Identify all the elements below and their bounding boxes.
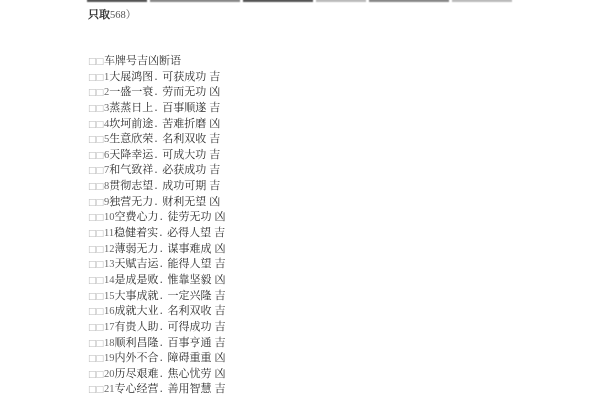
item-phrase-1: 贯彻志望 [109, 179, 153, 192]
item-number: 17 [104, 322, 115, 333]
item-verdict: 吉 [215, 336, 226, 349]
item-separator: . [154, 101, 161, 114]
item-number: 12 [104, 244, 115, 255]
list-heading: □□车牌号吉凶断语 [88, 53, 226, 69]
placeholder-box-glyphs: □□ [88, 73, 103, 83]
item-verdict: 凶 [215, 273, 226, 286]
item-phrase-2: 名利双收 [168, 304, 212, 317]
item-phrase-1: 有贵人助 [115, 320, 159, 333]
item-verdict: 吉 [209, 148, 220, 161]
cut-off-text-line [87, 0, 517, 3]
item-verdict: 吉 [215, 289, 226, 302]
item-phrase-2: 可得成功 [168, 320, 212, 333]
item-phrase-1: 独营无力 [109, 195, 153, 208]
illegible-text-fragment [316, 0, 366, 2]
placeholder-box-glyphs: □□ [88, 307, 103, 317]
item-verdict: 吉 [215, 320, 226, 333]
list-item: □□1大展鸿图. 可获成功吉 [88, 69, 226, 85]
item-verdict: 凶 [209, 85, 220, 98]
item-phrase-1: 内外不合 [115, 351, 159, 364]
item-separator: . [160, 210, 167, 223]
top-note-line: 只取568） [88, 8, 136, 23]
item-phrase-2: 苦难折磨 [162, 117, 206, 130]
placeholder-box-glyphs: □□ [88, 292, 103, 302]
item-phrase-1: 稳健着实 [114, 226, 158, 239]
placeholder-box-glyphs: □□ [88, 245, 103, 255]
item-number: 13 [104, 259, 115, 270]
illegible-text-fragment [150, 0, 240, 2]
item-phrase-2: 百事顺遂 [162, 101, 206, 114]
item-phrase-1: 薄弱无力 [115, 242, 159, 255]
item-phrase-2: 百事亨通 [168, 336, 212, 349]
item-phrase-2: 一定兴隆 [168, 289, 212, 302]
placeholder-box-glyphs: □□ [88, 276, 103, 286]
illegible-text-fragment [87, 0, 147, 2]
item-verdict: 吉 [215, 257, 226, 270]
item-phrase-2: 障碍重重 [168, 351, 212, 364]
item-number: 19 [104, 353, 115, 364]
item-number: 16 [104, 306, 115, 317]
placeholder-box-glyphs: □□ [88, 120, 103, 130]
top-note-prefix: 只取 [88, 8, 110, 21]
item-separator: . [160, 242, 167, 255]
item-number: 18 [104, 338, 115, 349]
placeholder-box-glyphs: □□ [88, 151, 103, 161]
item-phrase-1: 空费心力 [115, 210, 159, 223]
list-item: □□6天降幸运. 可成大功吉 [88, 147, 226, 163]
item-phrase-2: 劳而无功 [162, 85, 206, 98]
placeholder-box-glyphs: □□ [88, 323, 103, 333]
item-phrase-1: 天降幸运 [109, 148, 153, 161]
item-verdict: 吉 [214, 226, 225, 239]
item-separator: . [159, 226, 166, 239]
item-number: 15 [104, 291, 115, 302]
list-item: □□19内外不合. 障碍重重凶 [88, 350, 226, 366]
placeholder-box-glyphs: □□ [88, 57, 103, 67]
placeholder-box-glyphs: □□ [88, 339, 103, 349]
item-separator: . [154, 85, 161, 98]
placeholder-box-glyphs: □□ [88, 104, 103, 114]
item-phrase-1: 大事成就 [115, 289, 159, 302]
illegible-text-fragment [452, 0, 512, 2]
item-phrase-2: 可成大功 [162, 148, 206, 161]
item-verdict: 凶 [209, 117, 220, 130]
item-phrase-1: 一盛一衰 [109, 85, 153, 98]
item-phrase-1: 顺利昌隆 [115, 336, 159, 349]
document-page: 只取568） □□车牌号吉凶断语 □□1大展鸿图. 可获成功吉□□2一盛一衰. … [0, 0, 600, 400]
placeholder-box-glyphs: □□ [88, 354, 103, 364]
item-phrase-2: 焦心忧劳 [168, 367, 212, 380]
list-item: □□2一盛一衰. 劳而无功凶 [88, 84, 226, 100]
item-phrase-2: 能得人望 [168, 257, 212, 270]
item-separator: . [154, 117, 161, 130]
item-verdict: 吉 [209, 163, 220, 176]
list-item: □□7和气致祥. 必获成功吉 [88, 162, 226, 178]
item-phrase-2: 惟靠坚毅 [168, 273, 212, 286]
item-number: 20 [104, 369, 115, 380]
item-separator: . [160, 336, 167, 349]
illegible-text-fragment [243, 0, 313, 2]
item-separator: . [160, 320, 167, 333]
item-verdict: 吉 [209, 101, 220, 114]
item-verdict: 吉 [209, 70, 220, 83]
list-item: □□20历尽艰难. 焦心忧劳凶 [88, 366, 226, 382]
item-verdict: 吉 [215, 304, 226, 317]
item-phrase-2: 谋事难成 [168, 242, 212, 255]
placeholder-box-glyphs: □□ [88, 135, 103, 145]
item-phrase-2: 名利双收 [162, 132, 206, 145]
item-phrase-1: 生意欣荣 [109, 132, 153, 145]
item-verdict: 吉 [209, 179, 220, 192]
top-note-number: 568） [110, 10, 136, 21]
item-phrase-2: 徒劳无功 [168, 210, 212, 223]
item-phrase-1: 是成是败 [115, 273, 159, 286]
item-separator: . [154, 70, 161, 83]
item-phrase-2: 必获成功 [162, 163, 206, 176]
list-heading-text: 车牌号吉凶断语 [104, 54, 181, 67]
item-number: 21 [104, 384, 115, 395]
item-phrase-2: 必得人望 [167, 226, 211, 239]
item-separator: . [160, 289, 167, 302]
item-phrase-1: 历尽艰难 [115, 367, 159, 380]
item-separator: . [160, 304, 167, 317]
item-phrase-1: 大展鸿图 [109, 70, 153, 83]
item-phrase-2: 财利无望 [162, 195, 206, 208]
item-phrase-2: 善用智慧 [168, 382, 212, 395]
item-phrase-2: 成功可期 [162, 179, 206, 192]
plate-fortune-list: □□车牌号吉凶断语 □□1大展鸿图. 可获成功吉□□2一盛一衰. 劳而无功凶□□… [88, 53, 226, 397]
item-separator: . [154, 163, 161, 176]
list-item: □□12薄弱无力. 谋事难成凶 [88, 241, 226, 257]
item-phrase-1: 成就大业 [115, 304, 159, 317]
placeholder-box-glyphs: □□ [88, 88, 103, 98]
item-separator: . [154, 132, 161, 145]
item-separator: . [160, 367, 167, 380]
item-number: 10 [104, 212, 115, 223]
item-phrase-1: 和气致祥 [109, 163, 153, 176]
placeholder-box-glyphs: □□ [88, 182, 103, 192]
placeholder-box-glyphs: □□ [88, 385, 103, 395]
list-item: □□11稳健着实. 必得人望吉 [88, 225, 226, 241]
item-separator: . [154, 195, 161, 208]
item-separator: . [160, 257, 167, 270]
list-item: □□4坎坷前途. 苦难折磨凶 [88, 116, 226, 132]
placeholder-box-glyphs: □□ [88, 198, 103, 208]
item-verdict: 凶 [215, 351, 226, 364]
item-verdict: 吉 [209, 132, 220, 145]
item-verdict: 吉 [215, 382, 226, 395]
list-item: □□8贯彻志望. 成功可期吉 [88, 178, 226, 194]
list-item: □□10空费心力. 徒劳无功凶 [88, 209, 226, 225]
item-phrase-1: 蒸蒸日上 [109, 101, 153, 114]
item-separator: . [160, 273, 167, 286]
item-phrase-2: 可获成功 [162, 70, 206, 83]
item-verdict: 凶 [215, 242, 226, 255]
item-separator: . [160, 382, 167, 395]
item-verdict: 凶 [209, 195, 220, 208]
item-separator: . [154, 179, 161, 192]
list-item: □□18顺利昌隆. 百事亨通吉 [88, 335, 226, 351]
item-verdict: 凶 [215, 210, 226, 223]
item-phrase-1: 天赋吉运 [115, 257, 159, 270]
item-number: 14 [104, 275, 115, 286]
illegible-text-fragment [369, 0, 449, 2]
placeholder-box-glyphs: □□ [88, 260, 103, 270]
list-item: □□17有贵人助. 可得成功吉 [88, 319, 226, 335]
item-phrase-1: 专心经营 [115, 382, 159, 395]
item-separator: . [154, 148, 161, 161]
item-number: 11 [104, 228, 114, 239]
list-item: □□5生意欣荣. 名利双收吉 [88, 131, 226, 147]
list-item: □□15大事成就. 一定兴隆吉 [88, 288, 226, 304]
placeholder-box-glyphs: □□ [88, 213, 103, 223]
list-item: □□21专心经营. 善用智慧吉 [88, 381, 226, 397]
list-item: □□13天赋吉运. 能得人望吉 [88, 256, 226, 272]
item-verdict: 凶 [215, 367, 226, 380]
placeholder-box-glyphs: □□ [88, 229, 103, 239]
placeholder-box-glyphs: □□ [88, 370, 103, 380]
list-item: □□14是成是败. 惟靠坚毅凶 [88, 272, 226, 288]
item-phrase-1: 坎坷前途 [109, 117, 153, 130]
item-separator: . [160, 351, 167, 364]
list-item: □□3蒸蒸日上. 百事顺遂吉 [88, 100, 226, 116]
list-item: □□16成就大业. 名利双收吉 [88, 303, 226, 319]
placeholder-box-glyphs: □□ [88, 166, 103, 176]
list-item: □□9独营无力. 财利无望凶 [88, 194, 226, 210]
